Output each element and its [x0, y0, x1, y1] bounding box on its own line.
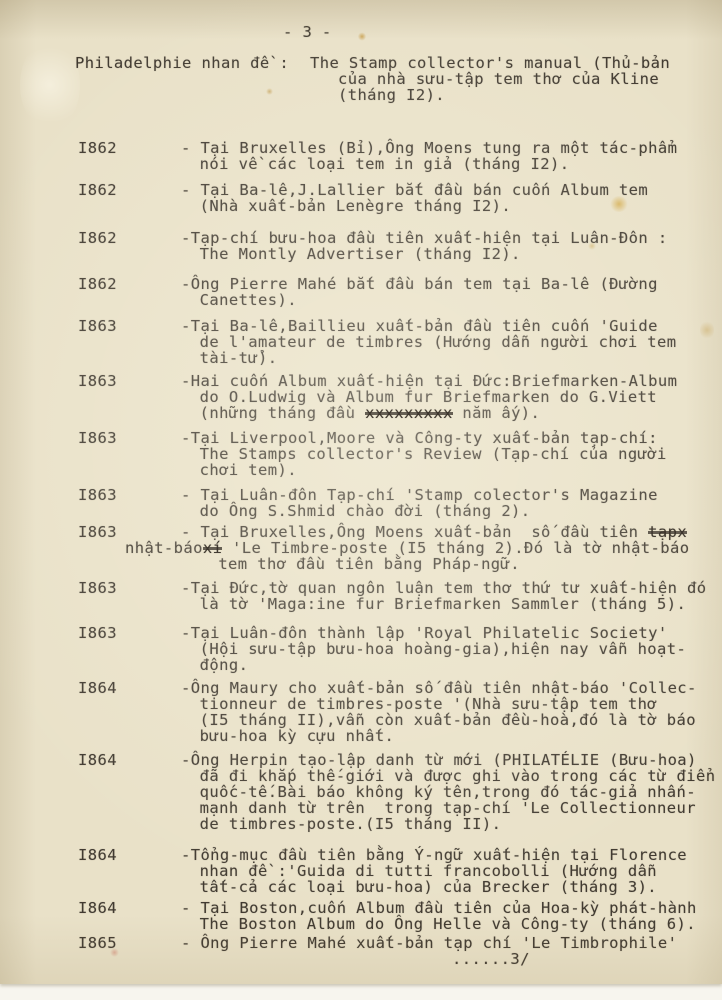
timeline-entry: I863-Tại Ba-lê,Baillieu xuất-bản đầu tiê…	[0, 318, 722, 366]
entry-line: chơi tem).	[125, 462, 722, 478]
struck-text: xxxxxxxxx	[365, 404, 453, 422]
entry-year: I863	[78, 524, 125, 572]
entry-year: I862	[78, 140, 125, 172]
entry-text: -Tại Ba-lê,Baillieu xuất-bản đầu tiên cu…	[125, 318, 722, 366]
text-segment: - Ông Pierre Mahé xuất-bản tạp chí 'Le T…	[181, 934, 677, 952]
entry-text: -Tổng-mục đầu tiên bằng Ý-ngữ xuất-hiện …	[125, 847, 722, 895]
text-segment: The Boston Album do Ông Helle và Công-ty…	[200, 915, 696, 933]
text-segment: nói về các loại tem in giả (tháng I2).	[200, 155, 570, 173]
footer-mark: ......3/	[452, 951, 722, 967]
entry-line: -Tại Luân-đôn thành lập 'Royal Philateli…	[125, 625, 722, 641]
entry-year: I864	[78, 752, 125, 832]
timeline-entry: I862- Tại Bruxelles (Bỉ),Ông Moens tung …	[0, 140, 722, 172]
entry-line: động.	[125, 657, 722, 673]
header-title: The Stamp collector's manual (Thủ-bảncủa…	[310, 55, 722, 103]
timeline-entries: I862- Tại Bruxelles (Bỉ),Ông Moens tung …	[0, 140, 722, 951]
entry-text: -Hai cuốn Album xuất-hiện tại Đức:Briefm…	[125, 373, 722, 421]
timeline-entry: I863- Tại Luân-đôn Tạp-chí 'Stamp colect…	[0, 487, 722, 519]
entry-line: - Tại Bruxelles (Bỉ),Ông Moens tung ra m…	[125, 140, 722, 156]
entry-line: nhan đề :'Guida di tutti francobolli (Hư…	[125, 863, 722, 879]
text-segment: tài-tử).	[200, 349, 278, 367]
entry-text: -Ông Herpin tạo-lập danh từ mới (PHILATÉ…	[125, 752, 722, 832]
entry-year: I862	[78, 182, 125, 214]
entry-line: đã đi khắp thế-giới và được ghi vào tron…	[125, 768, 722, 784]
entry-text: -Tạp-chí bưu-hoa đầu tiên xuất-hiện tại …	[125, 230, 722, 262]
entry-line: -Ông Pierre Mahé bắt đầu bán tem tại Ba-…	[125, 276, 722, 292]
entry-line: - Tại Luân-đôn Tạp-chí 'Stamp colector's…	[125, 487, 722, 503]
entry-year: I863	[78, 373, 125, 421]
text-segment: (những tháng đầu	[200, 404, 365, 422]
entry-text: - Tại Luân-đôn Tạp-chí 'Stamp colector's…	[125, 487, 722, 519]
entry-line: mạnh danh từ trên trong tạp-chí 'Le Coll…	[125, 800, 722, 816]
timeline-entry: I863-Hai cuốn Album xuất-hiện tại Đức:Br…	[0, 373, 722, 421]
text-segment: bưu-hoa kỳ cựu nhất.	[200, 727, 395, 745]
text-segment: (Nhà xuất-bản Lenègre tháng I2).	[200, 197, 511, 215]
entry-line: do O.Ludwig và Album fur Briefmarken do …	[125, 389, 722, 405]
text-segment: động.	[200, 656, 249, 674]
entry-text: - Tại Ba-lê,J.Lallier bắt đầu bán cuốn A…	[125, 182, 722, 214]
text-segment: năm ấy).	[453, 404, 541, 422]
entry-line: tất-cả các loại bưu-hoa) của Brecker (th…	[125, 879, 722, 895]
entry-line: (Nhà xuất-bản Lenègre tháng I2).	[125, 198, 722, 214]
entry-line: Canettes).	[125, 292, 722, 308]
text-segment: de timbres-poste.(I5 tháng II).	[200, 815, 502, 833]
entry-line: The Stamps collector's Review (Tạp-chí c…	[125, 446, 722, 462]
text-segment: chơi tem).	[200, 461, 297, 479]
timeline-entry: I864-Ông Maury cho xuất-bản số đầu tiên …	[0, 680, 722, 744]
entry-year: I862	[78, 230, 125, 262]
document-header: Philadelphie nhan đề : The Stamp collect…	[0, 55, 722, 103]
entry-line: -Ông Maury cho xuất-bản số đầu tiên nhật…	[125, 680, 722, 696]
entry-line: - Tại Bruxelles,Ông Moens xuất-bản số đầ…	[125, 524, 722, 540]
header-text-line: The Stamp collector's manual (Thủ-bản	[310, 55, 722, 71]
entry-text: -Tại Đức,tờ quan ngôn luận tem thơ thứ t…	[125, 580, 722, 612]
struck-text: tạpx	[648, 523, 687, 541]
entry-year: I864	[78, 900, 125, 932]
timeline-entry: I865- Ông Pierre Mahé xuất-bản tạp chí '…	[0, 935, 722, 951]
entry-line: The Montly Advertiser (tháng I2).	[125, 246, 722, 262]
entry-line: tionneur de timbres-poste '(Nhà sưu-tập …	[125, 696, 722, 712]
entry-line: (I5 tháng II),vẫn còn xuất-bản đều-hoà,đ…	[125, 712, 722, 728]
timeline-entry: I862- Tại Ba-lê,J.Lallier bắt đầu bán cu…	[0, 182, 722, 214]
entry-text: -Tại Luân-đôn thành lập 'Royal Philateli…	[125, 625, 722, 673]
text-segment: (Hội sưu-tập bưu-hoa hoàng-gia),hiện nay…	[200, 640, 687, 658]
text-segment: Canettes).	[200, 291, 297, 309]
entry-line: - Ông Pierre Mahé xuất-bản tạp chí 'Le T…	[125, 935, 722, 951]
timeline-entry: I862-Ông Pierre Mahé bắt đầu bán tem tại…	[0, 276, 722, 308]
entry-line: -Ông Herpin tạo-lập danh từ mới (PHILATÉ…	[125, 752, 722, 768]
entry-line: de timbres-poste.(I5 tháng II).	[125, 816, 722, 832]
entry-line: (Hội sưu-tập bưu-hoa hoàng-gia),hiện nay…	[125, 641, 722, 657]
entry-line: tài-tử).	[125, 350, 722, 366]
page-number: - 3 -	[283, 24, 722, 40]
entry-text: - Ông Pierre Mahé xuất-bản tạp chí 'Le T…	[125, 935, 722, 951]
entry-year: I864	[78, 847, 125, 895]
entry-line: -Tại Đức,tờ quan ngôn luận tem thơ thứ t…	[125, 580, 722, 596]
text-segment: tất-cả các loại bưu-hoa) của Brecker (th…	[200, 878, 657, 896]
text-segment: tem thơ đầu tiên bằng Pháp-ngữ.	[218, 555, 520, 573]
timeline-entry: I863- Tại Bruxelles,Ông Moens xuất-bản s…	[0, 524, 722, 572]
entry-line: -Tổng-mục đầu tiên bằng Ý-ngữ xuất-hiện …	[125, 847, 722, 863]
text-segment: (tháng I2).	[338, 86, 445, 104]
timeline-entry: I864-Tổng-mục đầu tiên bằng Ý-ngữ xuất-h…	[0, 847, 722, 895]
timeline-entry: I863-Tại Luân-đôn thành lập 'Royal Phila…	[0, 625, 722, 673]
timeline-entry: I863-Tại Đức,tờ quan ngôn luận tem thơ t…	[0, 580, 722, 612]
entry-text: -Ông Maury cho xuất-bản số đầu tiên nhật…	[125, 680, 722, 744]
entry-line: là tờ 'Maga:ine fur Briefmarken Sammler …	[125, 596, 722, 612]
header-text-line: của nhà sưu-tập tem thơ của Kline	[310, 71, 722, 87]
entry-line: (những tháng đầu xxxxxxxxx năm ấy).	[125, 405, 722, 421]
entry-line: do Ông S.Shmid chào đời (tháng 2).	[125, 503, 722, 519]
entry-line: The Boston Album do Ông Helle và Công-ty…	[125, 916, 722, 932]
entry-year: I864	[78, 680, 125, 744]
entry-line: -Hai cuốn Album xuất-hiện tại Đức:Briefm…	[125, 373, 722, 389]
timeline-entry: I864-Ông Herpin tạo-lập danh từ mới (PHI…	[0, 752, 722, 832]
struck-text: xí	[203, 539, 222, 557]
timeline-entry: I864- Tại Boston,cuốn Album đầu tiên của…	[0, 900, 722, 932]
entry-line: - Tại Ba-lê,J.Lallier bắt đầu bán cuốn A…	[125, 182, 722, 198]
entry-year: I863	[78, 625, 125, 673]
header-text-line: (tháng I2).	[310, 87, 722, 103]
entry-line: -Tại Liverpool,Moore và Công-ty xuất-bản…	[125, 430, 722, 446]
entry-line: -Tạp-chí bưu-hoa đầu tiên xuất-hiện tại …	[125, 230, 722, 246]
entry-line: quốc-tế.Bài báo không ký tên,trong đó tá…	[125, 784, 722, 800]
entry-line: nhật-báoxí 'Le Timbre-poste (I5 tháng 2)…	[125, 540, 722, 556]
text-segment: do Ông S.Shmid chào đời (tháng 2).	[200, 502, 531, 520]
entry-year: I862	[78, 276, 125, 308]
entry-line: bưu-hoa kỳ cựu nhất.	[125, 728, 722, 744]
timeline-entry: I863-Tại Liverpool,Moore và Công-ty xuất…	[0, 430, 722, 478]
entry-year: I863	[78, 580, 125, 612]
entry-year: I865	[78, 935, 125, 951]
entry-year: I863	[78, 487, 125, 519]
header-label: Philadelphie nhan đề :	[75, 55, 310, 103]
text-segment: The Montly Advertiser (tháng I2).	[200, 245, 521, 263]
entry-year: I863	[78, 318, 125, 366]
entry-text: - Tại Bruxelles,Ông Moens xuất-bản số đầ…	[125, 524, 722, 572]
entry-text: - Tại Boston,cuốn Album đầu tiên của Hoa…	[125, 900, 722, 932]
timeline-entry: I862-Tạp-chí bưu-hoa đầu tiên xuất-hiện …	[0, 230, 722, 262]
entry-text: -Ông Pierre Mahé bắt đầu bán tem tại Ba-…	[125, 276, 722, 308]
entry-text: - Tại Bruxelles (Bỉ),Ông Moens tung ra m…	[125, 140, 722, 172]
entry-line: nói về các loại tem in giả (tháng I2).	[125, 156, 722, 172]
document-page: - 3 - Philadelphie nhan đề : The Stamp c…	[0, 0, 722, 984]
entry-line: -Tại Ba-lê,Baillieu xuất-bản đầu tiên cu…	[125, 318, 722, 334]
entry-year: I863	[78, 430, 125, 478]
entry-text: -Tại Liverpool,Moore và Công-ty xuất-bản…	[125, 430, 722, 478]
entry-line: tem thơ đầu tiên bằng Pháp-ngữ.	[125, 556, 722, 572]
entry-line: de l'amateur de timbres (Hướng dẫn người…	[125, 334, 722, 350]
entry-line: - Tại Boston,cuốn Album đầu tiên của Hoa…	[125, 900, 722, 916]
text-segment: nhật-báo	[125, 539, 203, 557]
text-segment: là tờ 'Maga:ine fur Briefmarken Sammler …	[200, 595, 687, 613]
